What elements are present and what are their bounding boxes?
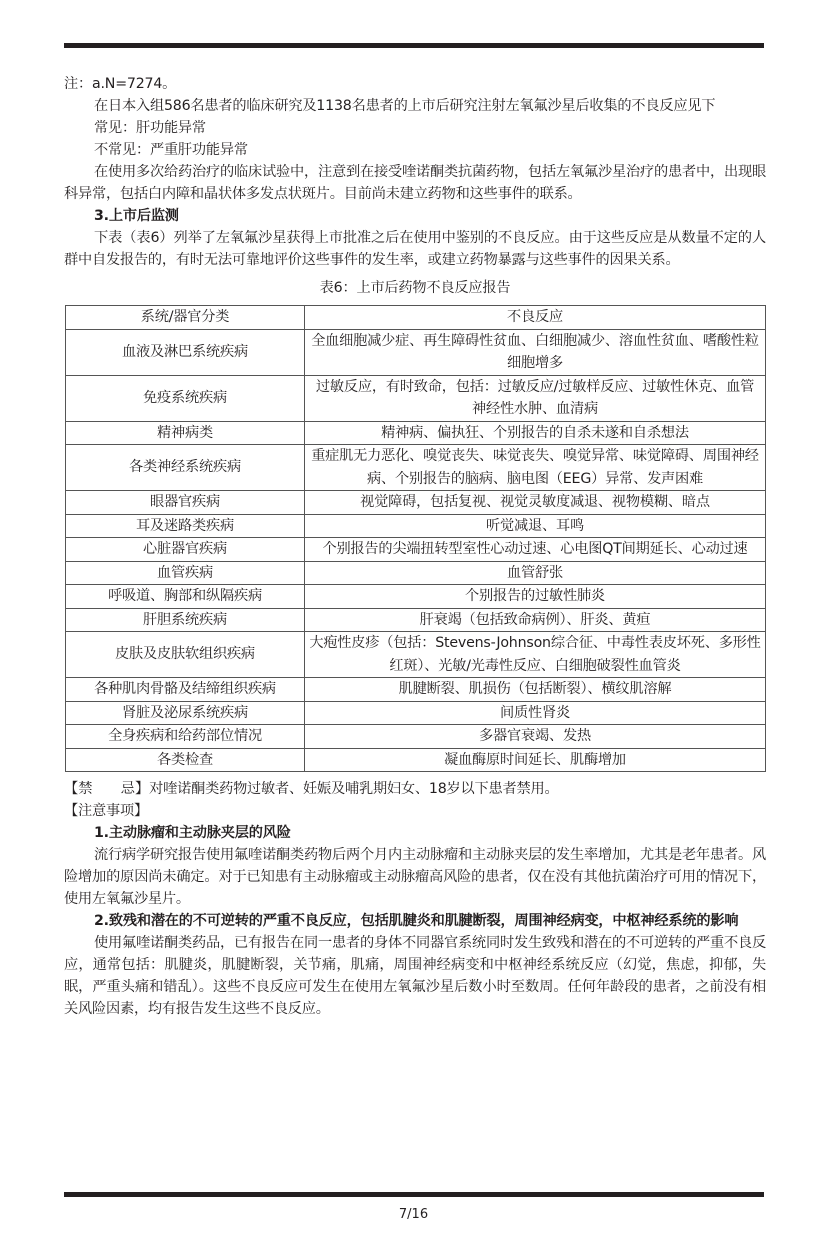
adverse-reactions: 间质性肾炎 bbox=[305, 701, 766, 725]
table-row: 肝胆系统疾病肝衰竭（包括致命病例）、肝炎、黄疸 bbox=[66, 608, 766, 632]
adverse-reactions: 个别报告的尖端扭转型室性心动过速、心电图QT间期延长、心动过速 bbox=[305, 538, 766, 562]
precaution-1-heading: 1.主动脉瘤和主动脉夹层的风险 bbox=[64, 822, 766, 844]
adverse-reactions: 听觉减退、耳鸣 bbox=[305, 514, 766, 538]
adverse-reactions: 血管舒张 bbox=[305, 561, 766, 585]
table-row: 肾脏及泌尿系统疾病间质性肾炎 bbox=[66, 701, 766, 725]
table-row: 心脏器官疾病个别报告的尖端扭转型室性心动过速、心电图QT间期延长、心动过速 bbox=[66, 538, 766, 562]
header-reactions: 不良反应 bbox=[305, 306, 766, 330]
adverse-reactions: 肌腱断裂、肌损伤（包括断裂）、横纹肌溶解 bbox=[305, 678, 766, 702]
table-row: 精神病类精神病、偏执狂、个别报告的自杀未遂和自杀想法 bbox=[66, 421, 766, 445]
precaution-1-text: 流行病学研究报告使用氟喹诺酮类药物后两个月内主动脉瘤和主动脉夹层的发生率增加，尤… bbox=[64, 844, 766, 910]
uncommon-reactions: 不常见：严重肝功能异常 bbox=[64, 139, 766, 161]
ophthalmic-paragraph: 在使用多次给药治疗的临床试验中，注意到在接受喹诺酮类抗菌药物，包括左氧氟沙星治疗… bbox=[64, 161, 766, 205]
adverse-reactions-table: 系统/器官分类 不良反应 血液及淋巴系统疾病全血细胞减少症、再生障碍性贫血、白细… bbox=[65, 305, 766, 772]
adverse-reactions: 精神病、偏执狂、个别报告的自杀未遂和自杀想法 bbox=[305, 421, 766, 445]
system-organ-class: 各类检查 bbox=[66, 748, 305, 772]
system-organ-class: 眼器官疾病 bbox=[66, 491, 305, 515]
table-row: 呼吸道、胸部和纵隔疾病个别报告的过敏性肺炎 bbox=[66, 585, 766, 609]
table-row: 各种肌肉骨骼及结缔组织疾病肌腱断裂、肌损伤（包括断裂）、横纹肌溶解 bbox=[66, 678, 766, 702]
common-reactions: 常见：肝功能异常 bbox=[64, 117, 766, 139]
precaution-2-heading: 2.致残和潜在的不可逆转的严重不良反应，包括肌腱炎和肌腱断裂，周围神经病变，中枢… bbox=[64, 910, 766, 932]
header-rule bbox=[64, 43, 764, 48]
contraindications: 【禁 忌】对喹诺酮类药物过敏者、妊娠及哺乳期妇女、18岁以下患者禁用。 bbox=[64, 778, 766, 800]
system-organ-class: 免疫系统疾病 bbox=[66, 375, 305, 421]
footer-rule bbox=[64, 1192, 764, 1197]
adverse-reactions: 多器官衰竭、发热 bbox=[305, 725, 766, 749]
japan-study-paragraph: 在日本入组586名患者的临床研究及1138名患者的上市后研究注射左氧氟沙星后收集… bbox=[64, 95, 766, 117]
precaution-2-text: 使用氟喹诺酮类药品，已有报告在同一患者的身体不同器官系统同时发生致残和潜在的不可… bbox=[64, 932, 766, 1020]
system-organ-class: 心脏器官疾病 bbox=[66, 538, 305, 562]
system-organ-class: 耳及迷路类疾病 bbox=[66, 514, 305, 538]
table-row: 各类神经系统疾病重症肌无力恶化、嗅觉丧失、味觉丧失、嗅觉异常、味觉障碍、周围神经… bbox=[66, 445, 766, 491]
table-row: 免疫系统疾病过敏反应，有时致命，包括：过敏反应/过敏样反应、过敏性休克、血管神经… bbox=[66, 375, 766, 421]
table-row: 耳及迷路类疾病听觉减退、耳鸣 bbox=[66, 514, 766, 538]
system-organ-class: 肝胆系统疾病 bbox=[66, 608, 305, 632]
contraindications-label: 【禁 忌】 bbox=[64, 781, 149, 797]
precautions-label: 【注意事项】 bbox=[64, 800, 766, 822]
table-row: 皮肤及皮肤软组织疾病大疱性皮疹（包括：Stevens-Johnson综合征、中毒… bbox=[66, 632, 766, 678]
adverse-reactions: 视觉障碍，包括复视、视觉灵敏度减退、视物模糊、暗点 bbox=[305, 491, 766, 515]
table-row: 血液及淋巴系统疾病全血细胞减少症、再生障碍性贫血、白细胞减少、溶血性贫血、嗜酸性… bbox=[66, 329, 766, 375]
system-organ-class: 呼吸道、胸部和纵隔疾病 bbox=[66, 585, 305, 609]
system-organ-class: 血管疾病 bbox=[66, 561, 305, 585]
page-number: 7/16 bbox=[0, 1207, 827, 1222]
adverse-reactions: 过敏反应，有时致命，包括：过敏反应/过敏样反应、过敏性休克、血管神经性水肿、血清… bbox=[305, 375, 766, 421]
system-organ-class: 各种肌肉骨骼及结缔组织疾病 bbox=[66, 678, 305, 702]
adverse-reactions: 大疱性皮疹（包括：Stevens-Johnson综合征、中毒性表皮坏死、多形性红… bbox=[305, 632, 766, 678]
adverse-reactions: 肝衰竭（包括致命病例）、肝炎、黄疸 bbox=[305, 608, 766, 632]
page-content: 注：a.N=7274。 在日本入组586名患者的临床研究及1138名患者的上市后… bbox=[64, 73, 766, 1020]
table-note: 注：a.N=7274。 bbox=[64, 73, 766, 95]
system-organ-class: 各类神经系统疾病 bbox=[66, 445, 305, 491]
adverse-reactions: 凝血酶原时间延长、肌酶增加 bbox=[305, 748, 766, 772]
adverse-reactions: 全血细胞减少症、再生障碍性贫血、白细胞减少、溶血性贫血、嗜酸性粒细胞增多 bbox=[305, 329, 766, 375]
system-organ-class: 血液及淋巴系统疾病 bbox=[66, 329, 305, 375]
postmarketing-heading: 3.上市后监测 bbox=[64, 205, 766, 227]
table-row: 全身疾病和给药部位情况多器官衰竭、发热 bbox=[66, 725, 766, 749]
header-system: 系统/器官分类 bbox=[66, 306, 305, 330]
system-organ-class: 皮肤及皮肤软组织疾病 bbox=[66, 632, 305, 678]
contraindications-text: 对喹诺酮类药物过敏者、妊娠及哺乳期妇女、18岁以下患者禁用。 bbox=[149, 781, 558, 797]
system-organ-class: 肾脏及泌尿系统疾病 bbox=[66, 701, 305, 725]
system-organ-class: 全身疾病和给药部位情况 bbox=[66, 725, 305, 749]
table-row: 各类检查凝血酶原时间延长、肌酶增加 bbox=[66, 748, 766, 772]
table-row: 血管疾病血管舒张 bbox=[66, 561, 766, 585]
table-header-row: 系统/器官分类 不良反应 bbox=[66, 306, 766, 330]
table-row: 眼器官疾病视觉障碍，包括复视、视觉灵敏度减退、视物模糊、暗点 bbox=[66, 491, 766, 515]
postmarketing-paragraph: 下表（表6）列举了左氧氟沙星获得上市批准之后在使用中鉴别的不良反应。由于这些反应… bbox=[64, 227, 766, 271]
table-caption: 表6：上市后药物不良反应报告 bbox=[64, 277, 766, 299]
adverse-reactions: 个别报告的过敏性肺炎 bbox=[305, 585, 766, 609]
system-organ-class: 精神病类 bbox=[66, 421, 305, 445]
adverse-reactions: 重症肌无力恶化、嗅觉丧失、味觉丧失、嗅觉异常、味觉障碍、周围神经病、个别报告的脑… bbox=[305, 445, 766, 491]
